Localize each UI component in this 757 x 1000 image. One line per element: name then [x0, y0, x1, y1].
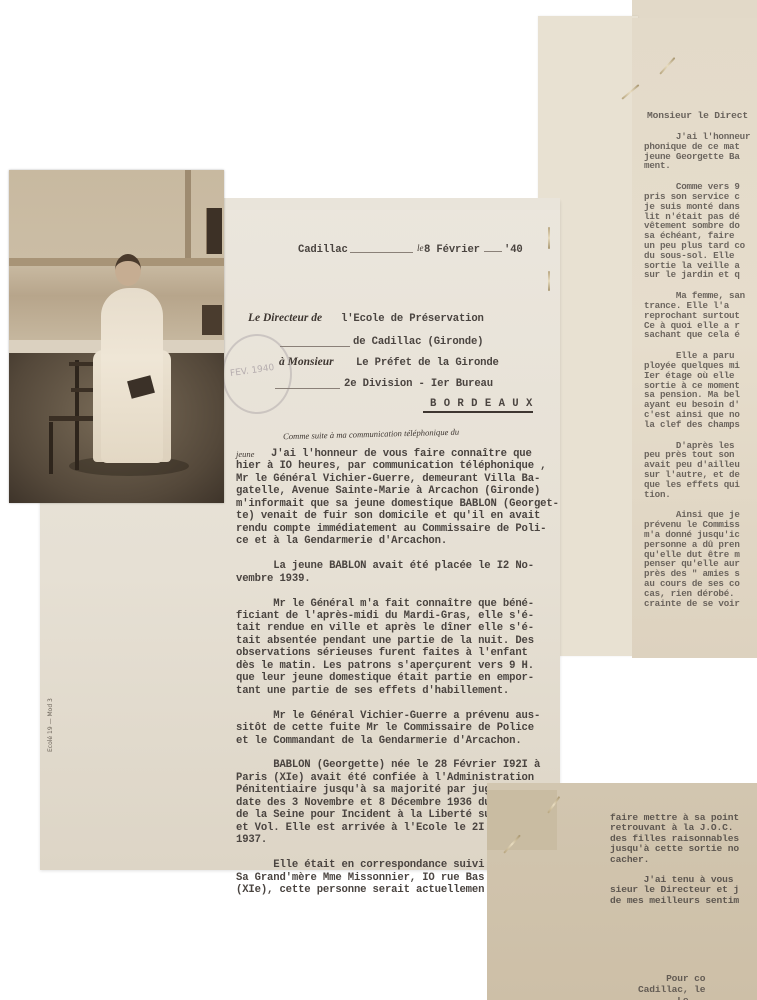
text-line: tait rendue en ville et après le dîner e…: [236, 622, 534, 634]
text-line: que leur jeune domestique était partie e…: [236, 672, 534, 684]
text-line: dès le matin. Les patrons s'aperçurent v…: [236, 660, 534, 672]
text-line: cacher.: [610, 855, 649, 865]
main-letter-top-edge: [220, 198, 560, 210]
text-line: Elle était en correspondance suivi: [236, 859, 484, 871]
year: '40: [504, 244, 523, 256]
from-line-2: de Cadillac (Gironde): [353, 336, 483, 348]
from-line-1: l'Ecole de Préservation: [341, 313, 484, 325]
text-line: (XIe), cette personne serait actuellemen: [236, 884, 484, 896]
rule: [350, 252, 413, 253]
text-line: m'informait que sa jeune domestique BABL…: [236, 498, 559, 510]
text-line: la clef des champs: [644, 420, 740, 430]
text-line: ment.: [644, 161, 671, 171]
rule: [280, 346, 350, 347]
text-line: tant une partie de ses effets d'habillem…: [236, 685, 509, 697]
rule: [484, 251, 502, 252]
text-line: Mr le Général Vichier-Guerre, demeurant …: [236, 473, 540, 485]
text-line: J'ai l'honneur de vous faire connaître q…: [271, 448, 532, 460]
to-city: B O R D E A U X: [430, 398, 533, 410]
text-line: tion.: [644, 490, 671, 500]
date: 8 Février: [424, 244, 480, 256]
handwritten-margin: jeune: [236, 449, 254, 459]
signature-line: Le: [610, 995, 689, 1000]
le-handwritten: le: [417, 243, 424, 253]
text-line: vembre 1939.: [236, 573, 311, 585]
text-line: de mes meilleurs sentim: [610, 896, 739, 906]
text-line: ce et à la Gendarmerie d'Arcachon.: [236, 535, 447, 547]
text-line: sachant que cela é: [644, 330, 740, 340]
staple-icon: [548, 227, 550, 249]
text-line: et le Commandant de la Gendarmerie d'Arc…: [236, 735, 522, 747]
text-line: Mr le Général Vichier-Guerre a prévenu a…: [236, 710, 540, 722]
to-line-2: 2e Division - Ier Bureau: [344, 378, 493, 390]
place: Cadillac: [298, 244, 348, 256]
text-line: hier à IO heures, par communication télé…: [236, 460, 546, 472]
text-line: Sa Grand'mère Mme Missonnier, IO rue Bas: [236, 872, 484, 884]
text-line: sur le jardin et q: [644, 270, 740, 280]
pin-icon: [659, 57, 675, 75]
to-prefix: à Monsieur: [279, 356, 334, 368]
text-line: Mr le Général m'a fait connaître que bén…: [236, 598, 534, 610]
rule: [275, 388, 340, 389]
text-line: tait absentée pendant une partie de la n…: [236, 635, 534, 647]
text-line: BABLON (Georgette) née le 28 Février I92…: [236, 759, 540, 771]
document-sheet-edge: [632, 0, 757, 18]
text-line: 1937.: [236, 834, 267, 846]
text-line: La jeune BABLON avait été placée le I2 N…: [236, 560, 534, 572]
text-line: te) venait de fuir son domicile et qu'il…: [236, 510, 540, 522]
text-line: observations sérieuses furent faites à l…: [236, 647, 528, 659]
text-line: sitôt de cette fuite Mr le Commissaire d…: [236, 722, 534, 734]
photograph: [9, 170, 224, 503]
form-reference: Ecolé 19 — Mod 3: [47, 698, 54, 752]
text-line: rendu compte immédiatement au Commissair…: [236, 523, 546, 535]
staple-icon: [548, 271, 550, 291]
document-sheet-right: Monsieur le Direct J'ai l'honneurphoniqu…: [632, 18, 757, 658]
rule: [423, 411, 533, 413]
text-line: crainte de se voir: [644, 599, 740, 609]
to-line-1: Le Préfet de la Gironde: [356, 357, 499, 369]
text-line: ficiant de l'après-midi du Mardi-Gras, e…: [236, 610, 534, 622]
text-line: gatelle, Avenue Sainte-Marie à Arcachon …: [236, 485, 540, 497]
right-letter-salutation: Monsieur le Direct: [647, 110, 748, 122]
document-sheet-tab: [487, 790, 557, 850]
from-prefix: Le Directeur de: [248, 312, 322, 324]
